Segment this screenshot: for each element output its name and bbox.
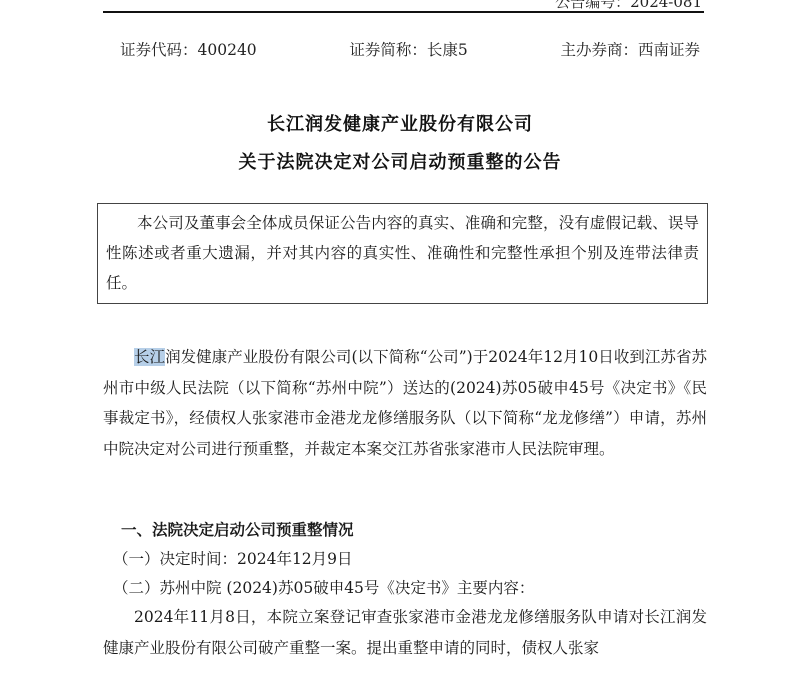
document-title-company: 长江润发健康产业股份有限公司	[0, 110, 800, 136]
selected-text[interactable]: 长江	[134, 348, 165, 366]
sponsor-broker: 主办券商：西南证券	[560, 38, 700, 60]
security-code: 证券代码：400240	[120, 38, 257, 60]
section-heading: 一、法院决定启动公司预重整情况	[103, 516, 707, 545]
intro-text: 润发健康产业股份有限公司(以下简称“公司”)于2024年12月10日收到江苏省苏…	[103, 348, 707, 458]
document-body: 长江润发健康产业股份有限公司(以下简称“公司”)于2024年12月10日收到江苏…	[103, 342, 707, 464]
security-meta-row: 证券代码：400240 证券简称：长康5 主办券商：西南证券	[120, 38, 700, 60]
header-rule	[103, 11, 704, 13]
section-1: 一、法院决定启动公司预重整情况 （一）决定时间：2024年12月9日 （二）苏州…	[103, 516, 707, 603]
security-abbreviation: 证券简称：长康5	[349, 38, 467, 60]
decision-time-item: （一）决定时间：2024年12月9日	[103, 545, 707, 574]
decision-paragraph: 2024年11月8日，本院立案登记审查张家港市金港龙龙修缮服务队申请对长江润发健…	[103, 602, 707, 663]
section-1-paragraph: 2024年11月8日，本院立案登记审查张家港市金港龙龙修缮服务队申请对长江润发健…	[103, 602, 707, 663]
decision-content-item: （二）苏州中院 (2024)苏05破申45号《决定书》主要内容：	[103, 574, 707, 603]
document-title-subject: 关于法院决定对公司启动预重整的公告	[0, 148, 800, 174]
board-guarantee-notice: 本公司及董事会全体成员保证公告内容的真实、准确和完整，没有虚假记载、误导性陈述或…	[97, 203, 708, 304]
notice-text: 本公司及董事会全体成员保证公告内容的真实、准确和完整，没有虚假记载、误导性陈述或…	[106, 208, 699, 298]
intro-paragraph[interactable]: 长江润发健康产业股份有限公司(以下简称“公司”)于2024年12月10日收到江苏…	[103, 342, 707, 464]
